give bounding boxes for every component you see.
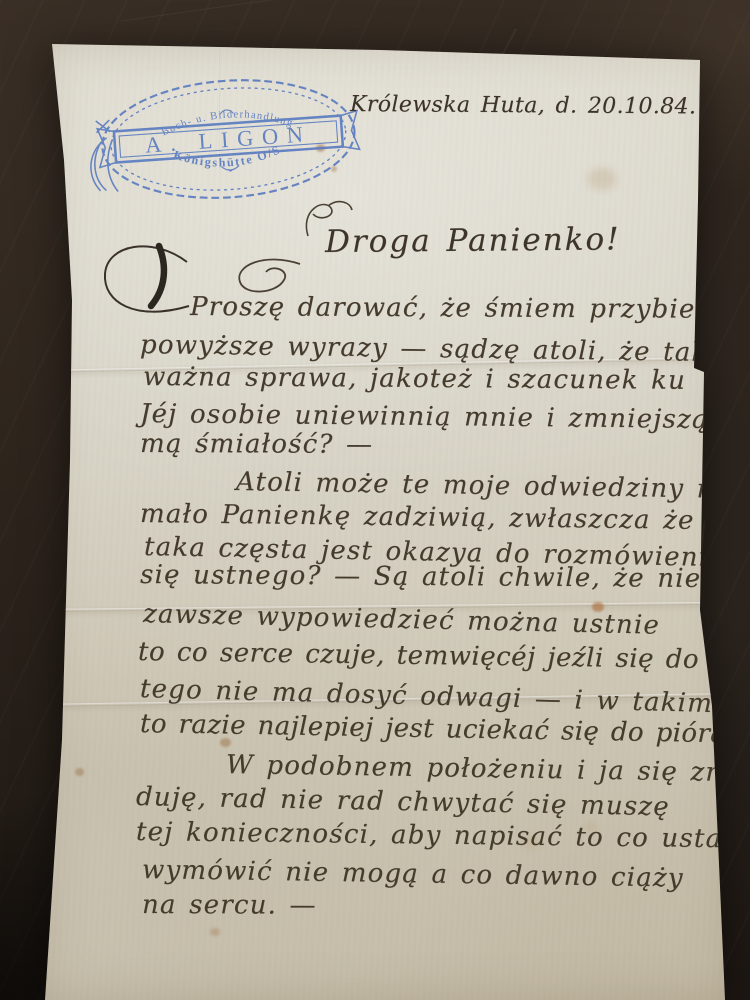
letter-line: Proszę darować, że śmiem przybierać [190,292,742,325]
letter-line: W podobnem położeniu i ja się znaj- [226,750,750,788]
letter-line: wymówić nie mogą a co dawno ciąży [142,855,684,894]
stain-spot [588,168,616,190]
letter-line: się ustnego? — Są atoli chwile, że nie [140,560,702,594]
letter-salutation: Droga Panienko! [325,221,621,260]
letter-line: tej konieczności, aby napisać to co usta [136,817,723,854]
letter-dateline: Królewska Huta, d. 20.10.84. [350,92,697,119]
letter-photo: Buch- u. Bilderhandlung Königshütte O/S.… [40,40,732,1000]
stain-spot [210,928,220,936]
letter-line: to co serce czuje, temwięcéj jeźli się d… [138,637,699,675]
background-scratch [121,0,299,22]
letter-line: Atoli może te moje odwiedziny nie [236,467,741,505]
letter-line: mą śmiałość? — [140,429,373,460]
letter-line: na sercu. — [142,890,317,921]
letter-line: ważna sprawa, jakoteż i szacunek ku [143,362,686,396]
stain-spot [75,768,84,776]
flourish-initial [95,238,195,333]
letter-line: duję, rad nie rad chwytać się muszę [136,782,670,822]
photo-background: Buch- u. Bilderhandlung Königshütte O/S.… [0,0,750,1000]
letter-paper: Buch- u. Bilderhandlung Königshütte O/S.… [40,40,732,1000]
letter-line: mało Panienkę zadziwią, zwłaszcza że [140,499,695,536]
